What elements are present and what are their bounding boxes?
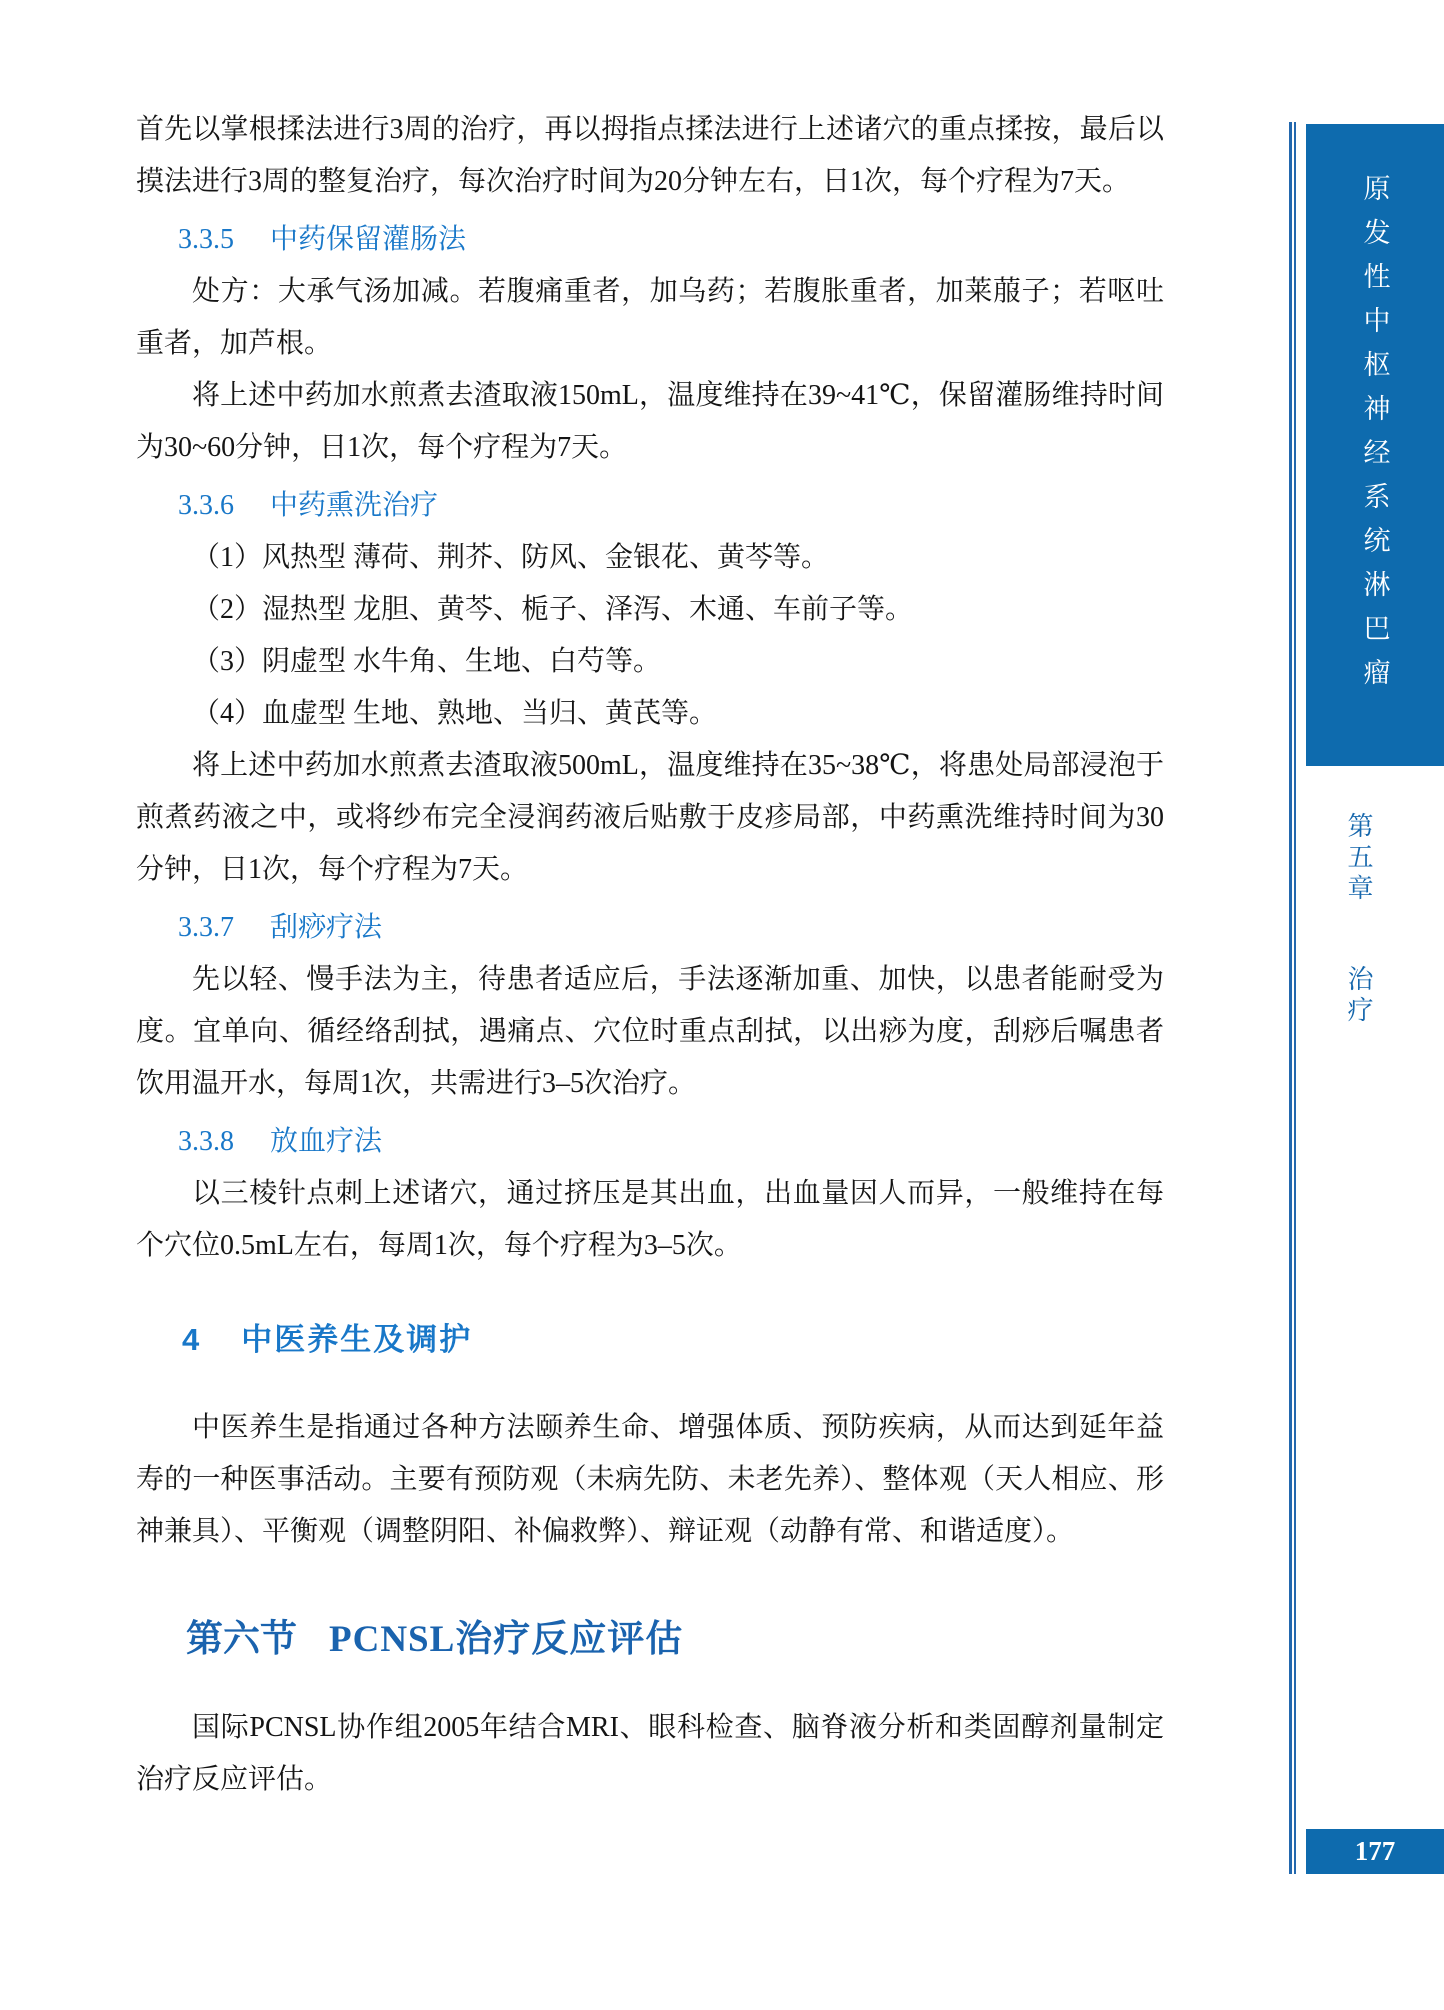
section-heading: 第六节PCNSL治疗反应评估 xyxy=(136,1614,1164,1666)
book-page: 首先以掌根揉法进行3周的治疗，再以拇指点揉法进行上述诸穴的重点揉按，最后以摸法进… xyxy=(0,0,1444,2010)
paragraph: 首先以掌根揉法进行3周的治疗，再以拇指点揉法进行上述诸穴的重点揉按，最后以摸法进… xyxy=(136,104,1164,208)
chapter-number: 第五章 xyxy=(1344,812,1373,905)
paragraph: （1）风热型 薄荷、荆芥、防风、金银花、黄芩等。 xyxy=(136,532,1164,584)
subheading: 3.3.5中药保留灌肠法 xyxy=(136,214,1164,266)
heading-number: 第六节 xyxy=(186,1619,297,1660)
heading-number: 3.3.7 xyxy=(178,912,234,943)
paragraph: 将上述中药加水煎煮去渣取液500mL，温度维持在35~38℃，将患处局部浸泡于煎… xyxy=(136,740,1164,896)
subheading: 3.3.7刮痧疗法 xyxy=(136,902,1164,954)
book-title-vertical: 原发性中枢神经系统淋巴瘤 xyxy=(1356,174,1395,702)
paragraph: （4）血虚型 生地、熟地、当归、黄芪等。 xyxy=(136,688,1164,740)
heading-title: 放血疗法 xyxy=(270,1126,382,1157)
heading-number: 3.3.5 xyxy=(178,224,234,255)
subheading: 3.3.8放血疗法 xyxy=(136,1116,1164,1168)
sidebar-rule xyxy=(1289,122,1296,1874)
heading-title: 中医养生及调护 xyxy=(241,1322,472,1357)
sidebar-title-box: 原发性中枢神经系统淋巴瘤 xyxy=(1306,124,1444,766)
heading-number: 3.3.6 xyxy=(178,490,234,521)
heading-title: PCNSL治疗反应评估 xyxy=(329,1619,683,1660)
paragraph: （3）阴虚型 水牛角、生地、白芍等。 xyxy=(136,636,1164,688)
heading-title: 中药保留灌肠法 xyxy=(270,224,466,255)
page-number-box: 177 xyxy=(1306,1829,1444,1874)
numbered-heading: 4中医养生及调护 xyxy=(136,1318,1164,1362)
subheading: 3.3.6中药熏洗治疗 xyxy=(136,480,1164,532)
heading-number: 4 xyxy=(182,1322,201,1357)
paragraph: （2）湿热型 龙胆、黄芩、栀子、泽泻、木通、车前子等。 xyxy=(136,584,1164,636)
chapter-marker: 第五章 治疗 xyxy=(1340,812,1377,1027)
chapter-title: 治疗 xyxy=(1344,965,1373,1027)
main-text-column: 首先以掌根揉法进行3周的治疗，再以拇指点揉法进行上述诸穴的重点揉按，最后以摸法进… xyxy=(136,104,1164,1806)
paragraph: 处方：大承气汤加减。若腹痛重者，加乌药；若腹胀重者，加莱菔子；若呕吐重者，加芦根… xyxy=(136,266,1164,370)
page-number: 177 xyxy=(1355,1836,1396,1866)
paragraph: 先以轻、慢手法为主，待患者适应后，手法逐渐加重、加快，以患者能耐受为度。宜单向、… xyxy=(136,954,1164,1110)
paragraph: 中医养生是指通过各种方法颐养生命、增强体质、预防疾病，从而达到延年益寿的一种医事… xyxy=(136,1402,1164,1558)
heading-title: 中药熏洗治疗 xyxy=(270,490,438,521)
heading-number: 3.3.8 xyxy=(178,1126,234,1157)
paragraph: 将上述中药加水煎煮去渣取液150mL，温度维持在39~41℃，保留灌肠维持时间为… xyxy=(136,370,1164,474)
paragraph: 以三棱针点刺上述诸穴，通过挤压是其出血，出血量因人而异，一般维持在每个穴位0.5… xyxy=(136,1168,1164,1272)
paragraph: 国际PCNSL协作组2005年结合MRI、眼科检查、脑脊液分析和类固醇剂量制定治… xyxy=(136,1702,1164,1806)
heading-title: 刮痧疗法 xyxy=(270,912,382,943)
